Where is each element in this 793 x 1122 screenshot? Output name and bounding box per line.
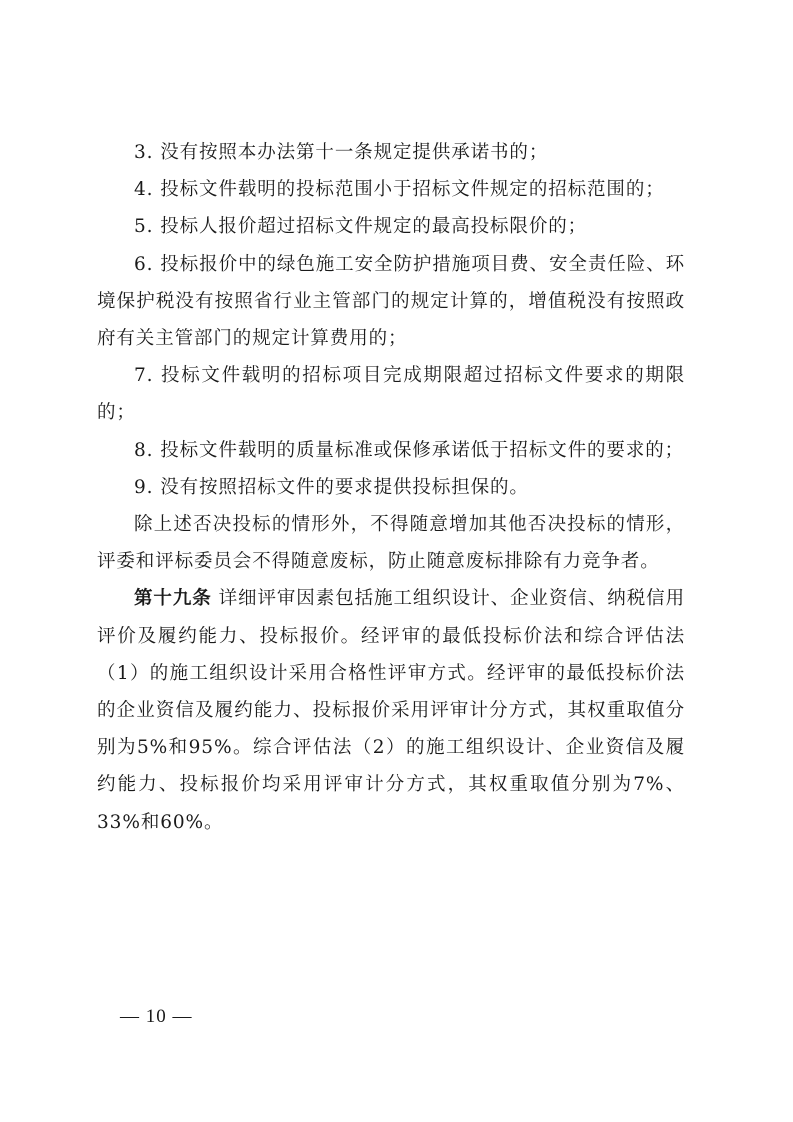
list-item-4: 4. 投标文件载明的投标范围小于招标文件规定的招标范围的； — [97, 171, 685, 208]
list-item-8: 8. 投标文件载明的质量标准或保修承诺低于招标文件的要求的； — [97, 432, 685, 469]
article-19-body: 详细评审因素包括施工组织设计、企业资信、纳税信用评价及履约能力、投标报价。经评审… — [97, 588, 685, 832]
list-item-6: 6. 投标报价中的绿色施工安全防护措施项目费、安全责任险、环境保护税没有按照省行… — [97, 246, 685, 358]
list-item-7: 7. 投标文件载明的招标项目完成期限超过招标文件要求的期限的； — [97, 357, 685, 431]
document-page: 3. 没有按照本办法第十一条规定提供承诺书的； 4. 投标文件载明的投标范围小于… — [97, 134, 685, 841]
list-item-9: 9. 没有按照招标文件的要求提供投标担保的。 — [97, 469, 685, 506]
list-item-3: 3. 没有按照本办法第十一条规定提供承诺书的； — [97, 134, 685, 171]
list-item-5: 5. 投标人报价超过招标文件规定的最高投标限价的； — [97, 208, 685, 245]
article-19-paragraph: 第十九条 详细评审因素包括施工组织设计、企业资信、纳税信用评价及履约能力、投标报… — [97, 580, 685, 840]
summary-paragraph: 除上述否决投标的情形外，不得随意增加其他否决投标的情形，评委和评标委员会不得随意… — [97, 506, 685, 580]
page-number: — 10 — — [120, 1006, 193, 1028]
article-19-heading: 第十九条 — [134, 588, 212, 609]
